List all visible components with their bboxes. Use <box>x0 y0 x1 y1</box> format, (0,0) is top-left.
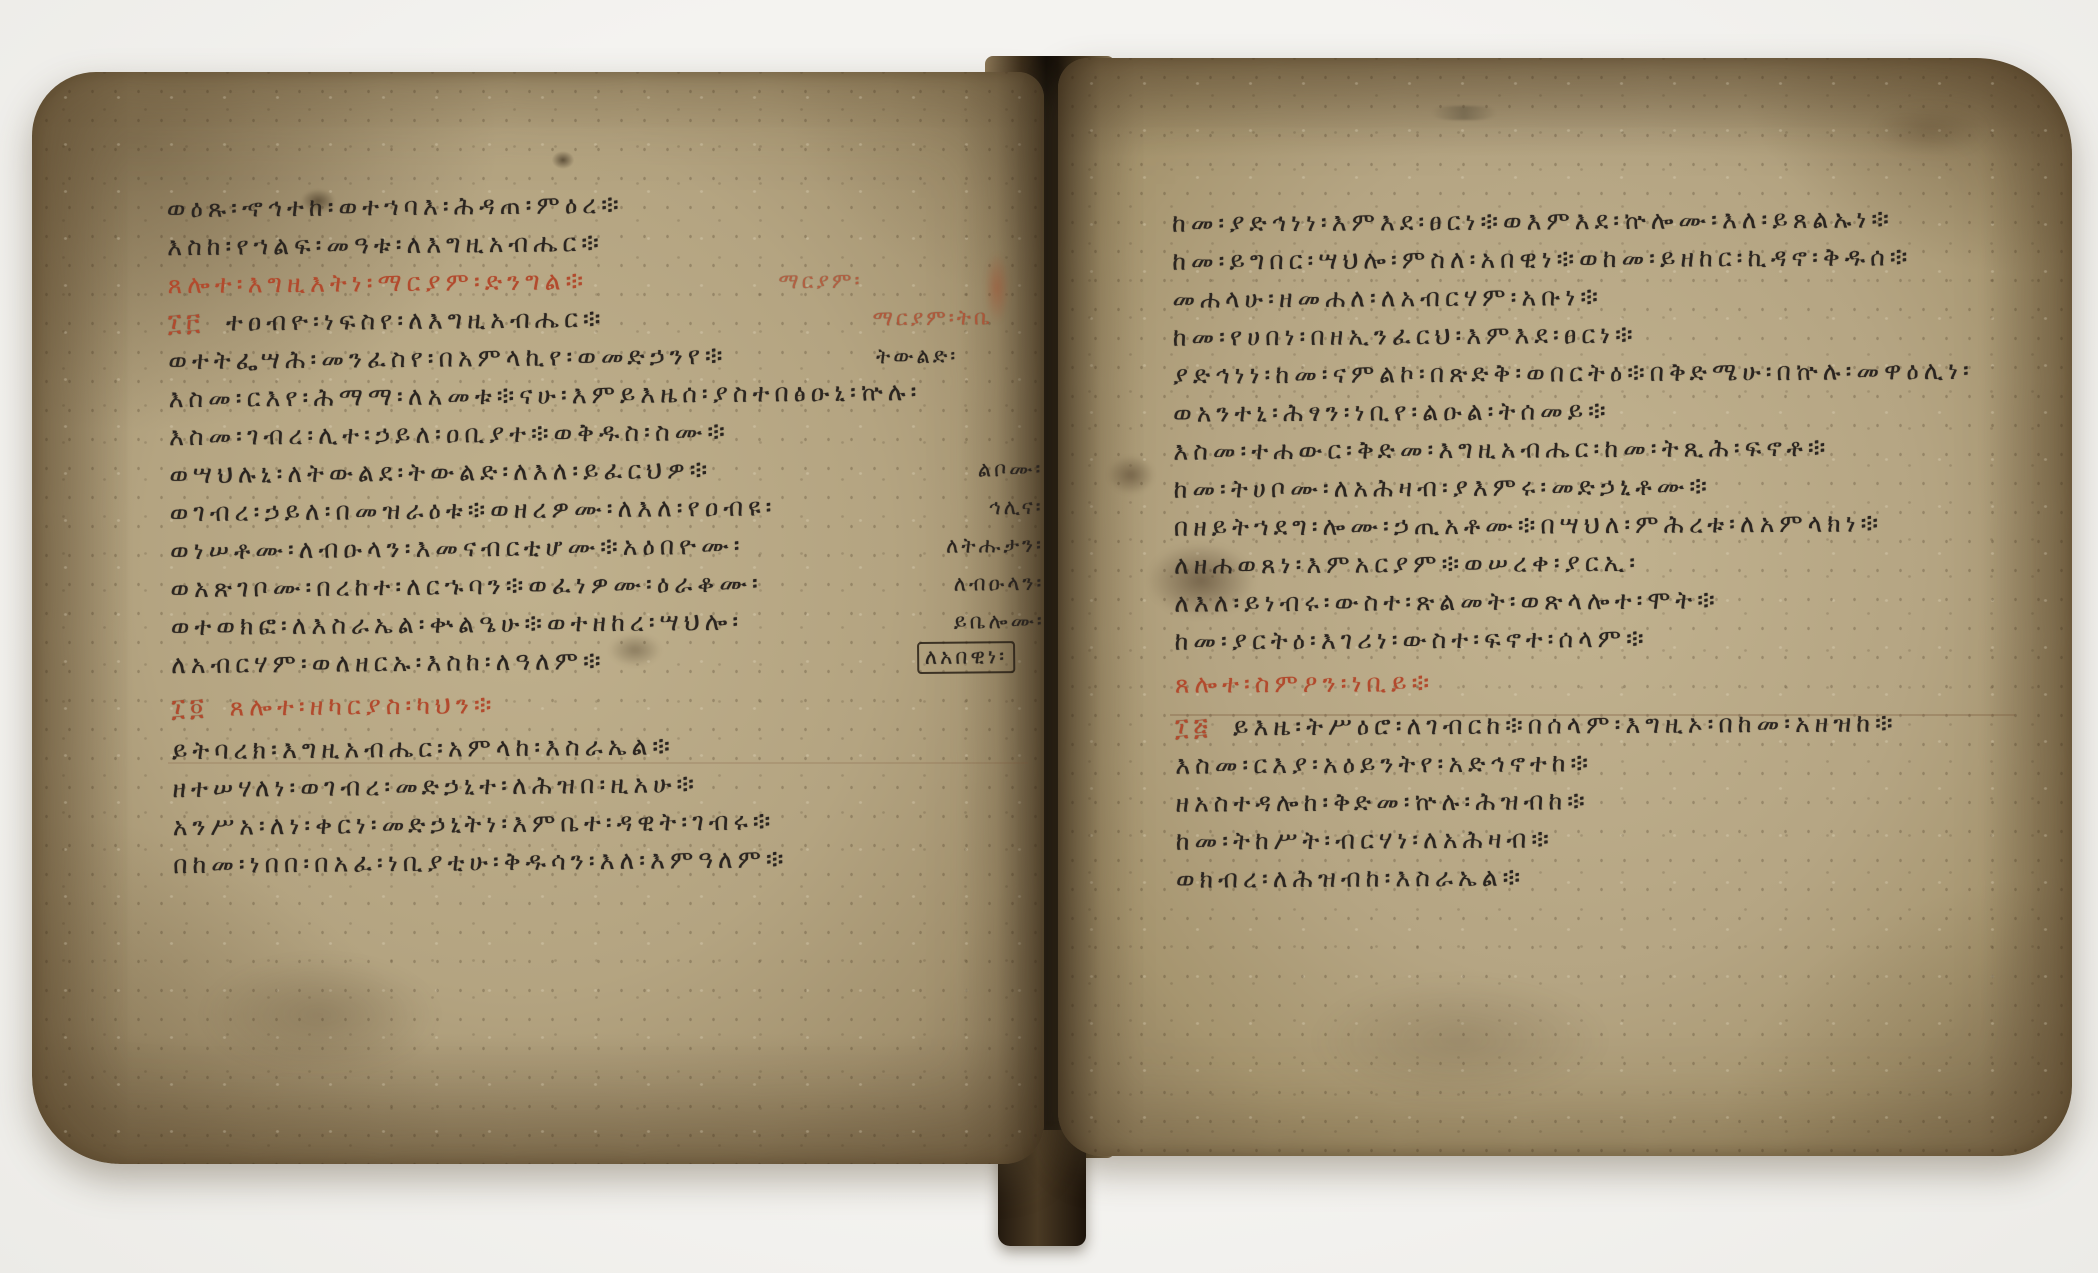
text-line: መሐላሁ፡ዘመሐለ፡ለአብርሃም፡አቡነ፨ <box>1172 281 2072 312</box>
line-text: ጸሎተ፡ስምዖን፡ነቢይ፨ <box>1175 668 1434 699</box>
line-text: ወገብረ፡ኃይለ፡በመዝራዕቱ፨ወዘረዎሙ፡ለእለ፡የዐብዩ፡ <box>170 492 777 527</box>
line-text: እስከ፡የኀልፍ፡መዓቱ፡ለእግዚአብሔር፨ <box>167 228 604 261</box>
text-line: እስመ፡ርእየ፡ሕማማ፡ለአመቱ፨ናሁ፡እምይእዜሰ፡ያስተበፅዑኒ፡ኵሉ፡ <box>169 378 1049 412</box>
line-text: ወነሠቶሙ፡ለብዑላን፡እመናብርቲሆሙ፨አዕበዮሙ፡ <box>170 531 745 566</box>
text-line: በዘይትኀደግ፡ሎሙ፡ኃጢአቶሙ፨በሣህለ፡ምሕረቱ፡ለአምላክነ፨ <box>1174 509 2074 540</box>
line-text: ጸሎተ፡ዘካርያስ፡ካህን፨ <box>171 690 496 722</box>
margin-note: ትውልድ፡ <box>876 343 958 370</box>
text-line: ይትባረክ፡እግዚአብሔር፡አምላከ፡እስራኤል፨ <box>172 730 1052 764</box>
line-text: ለአብርሃም፡ወለዘርኡ፡እስከ፡ለዓለም፨ <box>171 646 606 679</box>
text-line: ወነሠቶሙ፡ለብዑላን፡እመናብርቲሆሙ፨አዕበዮሙ፡ለትሑታን፡ <box>170 530 1050 564</box>
text-line: ለዘሐወጸነ፡እምአርያም፨ወሠረቀ፡ያርኢ፡ <box>1174 547 2074 578</box>
line-text: ያድኅነነ፡ከመ፡ናምልኮ፡በጽድቅ፡ወበርትዕ፨በቅድሜሁ፡በኵሉ፡መዋዕሊነ… <box>1173 356 1974 390</box>
text-line: ወተወክፎ፡ለእስራኤል፡ቍልዔሁ፨ወተዘከረ፡ሣህሎ፡ይቤሎሙ፡ <box>171 606 1051 640</box>
line-text: ይትባረክ፡እግዚአብሔር፡አምላከ፡እስራኤል፨ <box>172 731 675 765</box>
line-text: ዘአስተዳሎከ፡ቅድመ፡ኵሉ፡ሕዝብከ፨ <box>1175 786 1589 818</box>
line-text: ወተወክፎ፡ለእስራኤል፡ቍልዔሁ፨ወተዘከረ፡ሣህሎ፡ <box>171 607 744 641</box>
text-line: ጸሎተ፡ስምዖን፡ነቢይ፨ <box>1175 666 2075 697</box>
text-line: ከመ፡ያድኅነነ፡እምእደ፡ፀርነ፨ወእምእደ፡ኵሎሙ፡እለ፡ይጸልኡነ፨ <box>1172 205 2072 236</box>
line-text: ዘተሠሃለነ፡ወገብረ፡መድኃኒተ፡ለሕዝበ፡ዚአሁ፨ <box>172 769 699 803</box>
text-line: ፲፭ይእዜ፡ትሥዕሮ፡ለገብርከ፨በሰላም፡እግዚኦ፡በከመ፡አዘዝከ፨ <box>1175 709 2075 740</box>
margin-note: ኅሊና፡ <box>989 494 1044 521</box>
canticle-number: ፲፭ <box>1175 715 1213 741</box>
text-line: እስመ፡ተሐውር፡ቅድመ፡እግዚአብሔር፡ከመ፡ትጺሕ፡ፍኖቶ፨ <box>1173 433 2073 464</box>
margin-note: ለአበዊነ፡ <box>917 641 1016 674</box>
text-line: አንሥአ፡ለነ፡ቀርነ፡መድኃኒትነ፡እምቤተ፡ዳዊት፡ገብሩ፨ <box>173 806 1053 840</box>
line-text: ከመ፡ያድኅነነ፡እምእደ፡ፀርነ፨ወእምእደ፡ኵሎሙ፡እለ፡ይጸልኡነ፨ <box>1172 204 1894 237</box>
line-text: ይእዜ፡ትሥዕሮ፡ለገብርከ፨በሰላም፡እግዚኦ፡በከመ፡አዘዝከ፨ <box>1175 708 1898 741</box>
right-page-text: ከመ፡ያድኅነነ፡እምእደ፡ፀርነ፨ወእምእደ፡ኵሎሙ፡እለ፡ይጸልኡነ፨ከመ፡… <box>1172 205 2076 904</box>
line-text: ከመ፡ይግበር፡ሣህሎ፡ምስለ፡አበዊነ፨ወከመ፡ይዘከር፡ኪዳኖ፡ቅዱሰ፨ <box>1172 242 1912 276</box>
text-line: በከመ፡ነበበ፡በአፈ፡ነቢያቲሁ፡ቅዱሳን፡እለ፡እምዓለም፨ <box>173 844 1053 878</box>
text-line: ከመ፡ትሀቦሙ፡ለአሕዛብ፡ያእምሩ፡መድኃኒቶሙ፨ <box>1174 471 2074 502</box>
text-line: ወክብረ፡ለሕዝብከ፡እስራኤል፨ <box>1176 861 2076 892</box>
line-text: መሐላሁ፡ዘመሐለ፡ለአብርሃም፡አቡነ፨ <box>1172 282 1603 314</box>
line-text: ለዘሐወጸነ፡እምአርያም፨ወሠረቀ፡ያርኢ፡ <box>1174 548 1640 580</box>
text-line: ወሣህሉኒ፡ለትውልደ፡ትውልድ፡ለእለ፡ይፈርህዎ፨ልቦሙ፡ <box>169 454 1049 488</box>
line-text: ወክብረ፡ለሕዝብከ፡እስራኤል፨ <box>1176 863 1525 894</box>
line-text: በከመ፡ነበበ፡በአፈ፡ነቢያቲሁ፡ቅዱሳን፡እለ፡እምዓለም፨ <box>173 844 789 879</box>
text-line: እስመ፡ገብረ፡ሊተ፡ኃይለ፡ዐቢያተ፨ወቅዱስ፡ስሙ፨ <box>169 416 1049 450</box>
line-text: ከመ፡ትሀቦሙ፡ለአሕዛብ፡ያእምሩ፡መድኃኒቶሙ፨ <box>1174 471 1712 503</box>
line-text: ወአጽገቦሙ፡በረከተ፡ለርኁባን፨ወፈነዎሙ፡ዕራቆሙ፡ <box>170 569 763 604</box>
text-line: ወአንተኒ፡ሕፃን፡ነቢየ፡ልዑል፡ትሰመይ፨ <box>1173 395 2073 426</box>
text-line: ዘአስተዳሎከ፡ቅድመ፡ኵሉ፡ሕዝብከ፨ <box>1175 785 2075 816</box>
line-text: ወአንተኒ፡ሕፃን፡ነቢየ፡ልዑል፡ትሰመይ፨ <box>1173 396 1611 428</box>
margin-note: ለብዑላን፡ <box>954 570 1045 597</box>
text-line: ዘተሠሃለነ፡ወገብረ፡መድኃኒተ፡ለሕዝበ፡ዚአሁ፨ <box>172 768 1052 802</box>
margin-note: ማርያም፡ <box>778 268 862 295</box>
line-text: ጸሎተ፡እግዚእትነ፡ማርያም፡ድንግል፨ <box>167 266 588 299</box>
line-text: በዘይትኀደግ፡ሎሙ፡ኃጢአቶሙ፨በሣህለ፡ምሕረቱ፡ለአምላክነ፨ <box>1174 508 1883 541</box>
margin-note: ለትሑታን፡ <box>946 532 1044 559</box>
margin-note: ልቦሙ፡ <box>978 456 1044 483</box>
margin-note: ይቤሎሙ፡ <box>954 608 1045 635</box>
text-line: እስከ፡የኀልፍ፡መዓቱ፡ለእግዚአብሔር፨ <box>167 226 1047 260</box>
left-page-text: ወዕጹ፡ኆኅተከ፡ወተኀባእ፡ሕዳጠ፡ምዕረ፨እስከ፡የኀልፍ፡መዓቱ፡ለእግዚ… <box>167 188 1054 890</box>
text-line: ፲፫ተዐብዮ፡ነፍስየ፡ለእግዚአብሔር፨ማርያም፡ትቤ <box>168 302 1048 336</box>
text-line: ከመ፡ይግበር፡ሣህሎ፡ምስለ፡አበዊነ፨ወከመ፡ይዘከር፡ኪዳኖ፡ቅዱሰ፨ <box>1172 243 2072 274</box>
canticle-number: ፲፫ <box>168 310 205 336</box>
margin-note: ማርያም፡ትቤ <box>873 304 993 331</box>
text-line: ለአብርሃም፡ወለዘርኡ፡እስከ፡ለዓለም፨ለአበዊነ፡ <box>171 644 1051 678</box>
manuscript-photo: ወዕጹ፡ኆኅተከ፡ወተኀባእ፡ሕዳጠ፡ምዕረ፨እስከ፡የኀልፍ፡መዓቱ፡ለእግዚ… <box>0 0 2098 1273</box>
text-line: ጸሎተ፡እግዚእትነ፡ማርያም፡ድንግል፨ማርያም፡ <box>167 264 1047 298</box>
text-line: ለእለ፡ይነብሩ፡ውስተ፡ጽልመት፡ወጽላሎተ፡ሞት፨ <box>1174 585 2074 616</box>
text-line: ወአጽገቦሙ፡በረከተ፡ለርኁባን፨ወፈነዎሙ፡ዕራቆሙ፡ለብዑላን፡ <box>170 568 1050 602</box>
text-line: ወገብረ፡ኃይለ፡በመዝራዕቱ፨ወዘረዎሙ፡ለእለ፡የዐብዩ፡ኅሊና፡ <box>170 492 1050 526</box>
line-text: ከመ፡ያርትዕ፡እገሪነ፡ውስተ፡ፍኖተ፡ሰላም፨ <box>1174 624 1648 656</box>
line-text: እስመ፡ርእያ፡አዕይንትየ፡አድኅኖተከ፨ <box>1175 748 1593 780</box>
line-text: ወተትፌሣሕ፡መንፈስየ፡በአምላኪየ፡ወመድኃንየ፨ <box>168 341 728 375</box>
line-text: ለእለ፡ይነብሩ፡ውስተ፡ጽልመት፡ወጽላሎተ፡ሞት፨ <box>1174 585 1720 617</box>
line-text: ወዕጹ፡ኆኅተከ፡ወተኀባእ፡ሕዳጠ፡ምዕረ፨ <box>167 190 624 223</box>
text-line: ከመ፡የሀበነ፡በዘኢንፈርህ፡እምእደ፡ፀርነ፨ <box>1173 319 2073 350</box>
line-text: አንሥአ፡ለነ፡ቀርነ፡መድኃኒትነ፡እምቤተ፡ዳዊት፡ገብሩ፨ <box>173 806 776 841</box>
text-line: ወተትፌሣሕ፡መንፈስየ፡በአምላኪየ፡ወመድኃንየ፨ትውልድ፡ <box>168 340 1048 374</box>
line-text: ከመ፡የሀበነ፡በዘኢንፈርህ፡እምእደ፡ፀርነ፨ <box>1173 320 1638 352</box>
text-line: ከመ፡ትከሥት፡ብርሃነ፡ለአሕዛብ፨ <box>1176 823 2076 854</box>
line-text: ተዐብዮ፡ነፍስየ፡ለእግዚአብሔር፨ <box>168 304 606 337</box>
line-text: እስመ፡ተሐውር፡ቅድመ፡እግዚአብሔር፡ከመ፡ትጺሕ፡ፍኖቶ፨ <box>1173 433 1830 466</box>
line-text: እስመ፡ገብረ፡ሊተ፡ኃይለ፡ዐቢያተ፨ወቅዱስ፡ስሙ፨ <box>169 417 730 451</box>
text-line: እስመ፡ርእያ፡አዕይንትየ፡አድኅኖተከ፨ <box>1175 747 2075 778</box>
text-line: ወዕጹ፡ኆኅተከ፡ወተኀባእ፡ሕዳጠ፡ምዕረ፨ <box>167 188 1047 222</box>
text-line: ያድኅነነ፡ከመ፡ናምልኮ፡በጽድቅ፡ወበርትዕ፨በቅድሜሁ፡በኵሉ፡መዋዕሊነ… <box>1173 357 2073 388</box>
text-line: ፲፬ጸሎተ፡ዘካርያስ፡ካህን፨ <box>171 687 1051 721</box>
line-text: እስመ፡ርእየ፡ሕማማ፡ለአመቱ፨ናሁ፡እምይእዜሰ፡ያስተበፅዑኒ፡ኵሉ፡ <box>168 377 921 413</box>
canticle-number: ፲፬ <box>171 695 208 721</box>
line-text: ከመ፡ትከሥት፡ብርሃነ፡ለአሕዛብ፨ <box>1176 824 1554 855</box>
line-text: ወሣህሉኒ፡ለትውልደ፡ትውልድ፡ለእለ፡ይፈርህዎ፨ <box>169 455 712 489</box>
text-line: ከመ፡ያርትዕ፡እገሪነ፡ውስተ፡ፍኖተ፡ሰላም፨ <box>1174 623 2074 654</box>
